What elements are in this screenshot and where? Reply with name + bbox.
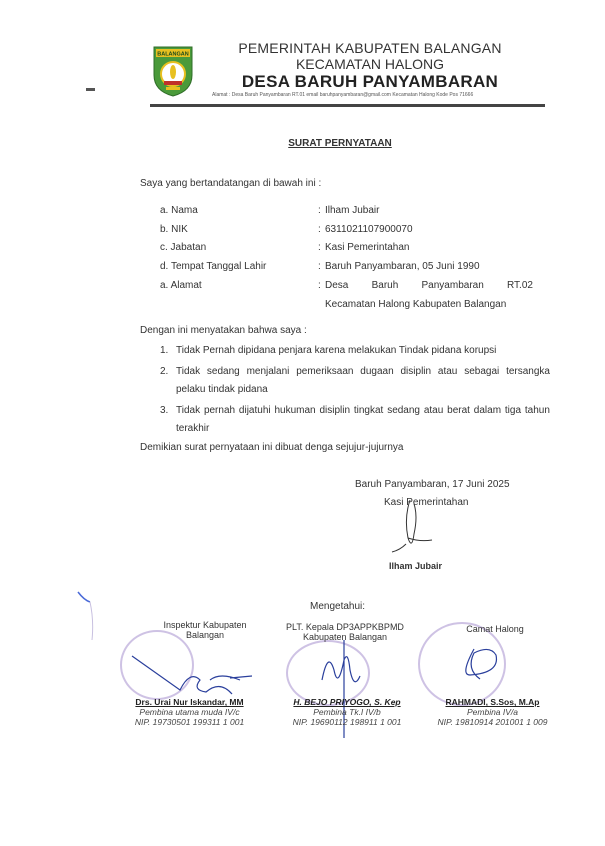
intro-text: Saya yang bertandatangan di bawah ini :	[140, 178, 321, 189]
signatory-name: RAHMADI, S.Sos, M.Ap	[420, 697, 565, 707]
field-label-address: a. Alamat	[160, 280, 202, 291]
address-word: Baruh	[372, 280, 399, 291]
field-value-address-line2: Kecamatan Halong Kabupaten Balangan	[325, 299, 506, 310]
signatory-nip: NIP. 19810914 201001 1 009	[420, 717, 565, 727]
signatory-name: Drs. Urai Nur Iskandar, MM	[112, 697, 267, 707]
place-date: Baruh Panyambaran, 17 Juni 2025	[355, 479, 510, 490]
signatory-1: Inspektur Kabupaten Balangan	[140, 620, 270, 640]
svg-text:BALANGAN: BALANGAN	[157, 52, 188, 58]
field-colon: :	[318, 280, 321, 291]
regency-emblem-icon: BALANGAN	[152, 45, 194, 97]
statement-text-line2: pelaku tindak pidana	[176, 384, 268, 395]
signatory-nip: NIP. 19690112 198911 1 001	[272, 717, 422, 727]
field-value-name: Ilham Jubair	[325, 205, 379, 216]
signatory-2-details: H. BEJO PRIYOGO, S. Kep Pembina Tk.I IV/…	[272, 697, 422, 727]
signature-icon	[392, 498, 442, 563]
statement-text-line2: terakhir	[176, 423, 209, 434]
signatory-rank: Pembina IV/a	[420, 707, 565, 717]
signatory-rank: Pembina utama muda IV/c	[112, 707, 267, 717]
signatory-2: PLT. Kepala DP3APPKBPMD Kabupaten Balang…	[270, 622, 420, 642]
field-colon: :	[318, 205, 321, 216]
signatory-title-line2: Balangan	[140, 630, 270, 640]
acknowledged-label: Mengetahui:	[310, 601, 365, 612]
field-label-position: c. Jabatan	[160, 242, 206, 253]
statement-text: Tidak Pernah dipidana penjara karena mel…	[176, 345, 496, 356]
signatory-3-details: RAHMADI, S.Sos, M.Ap Pembina IV/a NIP. 1…	[420, 697, 565, 727]
field-colon: :	[318, 224, 321, 235]
signatory-title: Inspektur Kabupaten	[140, 620, 270, 630]
signatory-title: Camat Halong	[430, 624, 560, 634]
statement-number: 1.	[160, 345, 168, 356]
header-district: KECAMATAN HALONG	[200, 56, 540, 72]
address-word: Panyambaran	[422, 280, 484, 291]
letterhead-divider	[150, 104, 545, 107]
signatory-title: PLT. Kepala DP3APPKBPMD	[270, 622, 420, 632]
statement-intro: Dengan ini menyatakan bahwa saya :	[140, 325, 307, 336]
field-value-position: Kasi Pemerintahan	[325, 242, 410, 253]
margin-mark	[86, 88, 95, 91]
signatory-nip: NIP. 19730501 199311 1 001	[112, 717, 267, 727]
field-colon: :	[318, 261, 321, 272]
signatory-name: H. BEJO PRIYOGO, S. Kep	[272, 697, 422, 707]
field-label-name: a. Nama	[160, 205, 198, 216]
signatory-rank: Pembina Tk.I IV/b	[272, 707, 422, 717]
field-value-address: Desa Baruh Panyambaran RT.02	[325, 280, 533, 291]
document-title: SURAT PERNYATAAN	[140, 138, 540, 149]
signature-icon	[320, 640, 380, 745]
statement-text: Tidakpernahdijatuhihukumandisiplintingka…	[176, 405, 550, 416]
margin-stamp-fragment-icon	[76, 590, 106, 655]
field-value-birth: Baruh Panyambaran, 05 Juni 1990	[325, 261, 480, 272]
statement-text: Tidaksedangmenjalanipemeriksaandugaandis…	[176, 366, 550, 377]
field-colon: :	[318, 242, 321, 253]
signature-icon	[460, 645, 520, 690]
field-label-nik: b. NIK	[160, 224, 188, 235]
statement-number: 2.	[160, 366, 168, 377]
field-value-nik: 6311021107900070	[325, 224, 413, 235]
closing-text: Demikian surat pernyataan ini dibuat den…	[140, 442, 404, 453]
address-word: Desa	[325, 280, 348, 291]
signatory-3: Camat Halong	[430, 624, 560, 634]
header-village: DESA BARUH PANYAMBARAN	[200, 72, 540, 92]
address-word: RT.02	[507, 280, 533, 291]
statement-number: 3.	[160, 405, 168, 416]
header-address: Alamat : Desa Baruh Panyambaran RT.01 em…	[212, 92, 542, 98]
field-label-birth: d. Tempat Tanggal Lahir	[160, 261, 266, 272]
header-government: PEMERINTAH KABUPATEN BALANGAN	[200, 40, 540, 56]
signatory-1-details: Drs. Urai Nur Iskandar, MM Pembina utama…	[112, 697, 267, 727]
signer-name: Ilham Jubair	[389, 561, 442, 571]
